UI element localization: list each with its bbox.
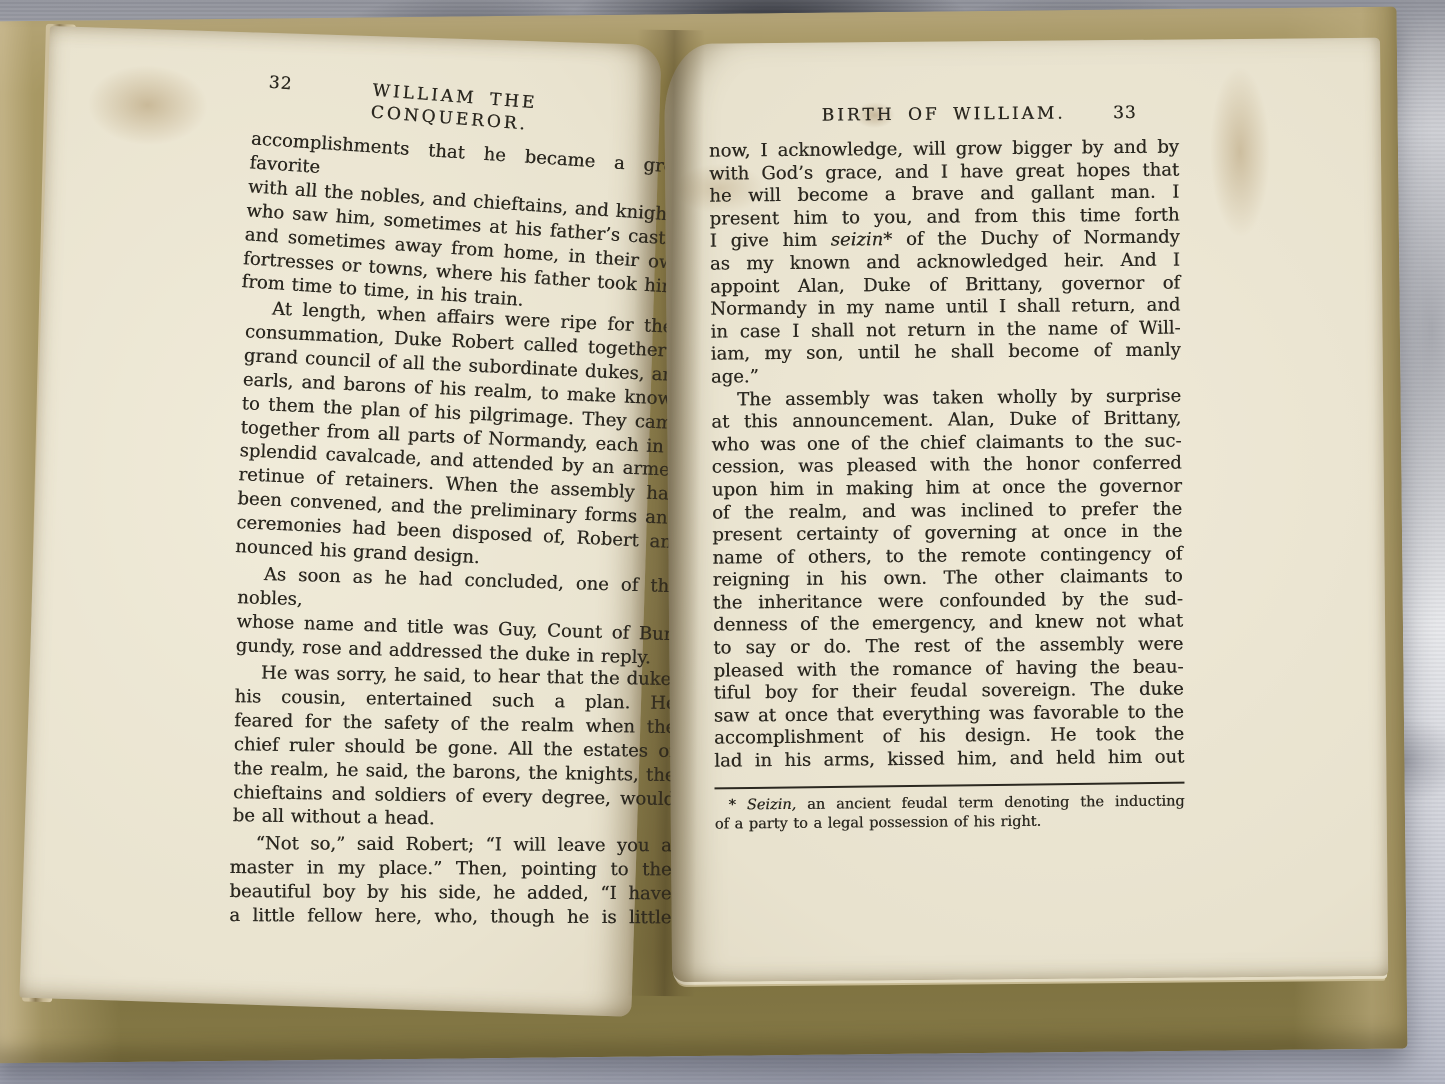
paragraph: At length, when affairs were ripe for th…	[235, 297, 688, 580]
left-page: 32 WILLIAM THE CONQUEROR. accomplishment…	[19, 26, 661, 1017]
right-header-title: BIRTH OF WILLIAM.	[822, 103, 1066, 125]
right-page-text: BIRTH OF WILLIAM. 33 now, I acknowledge,…	[709, 102, 1185, 836]
paragraph: As soon as he had concluded, one of the …	[235, 562, 680, 671]
paragraph: now, I acknowledge, will grow bigger by …	[709, 137, 1181, 390]
text-line: iam, my son, until he shall become of ma…	[711, 340, 1181, 367]
text-line: a little fellow here, who, though he is …	[229, 904, 671, 930]
page-stain	[1209, 67, 1270, 238]
page-stain	[86, 63, 208, 147]
text-line: of a party to a legal possession of his …	[715, 812, 1185, 836]
footnote-rule	[714, 781, 1184, 789]
left-header-title: WILLIAM THE CONQUEROR.	[370, 81, 538, 135]
paragraph: accomplishments that he became a great f…	[241, 127, 693, 323]
open-book-photo: 32 WILLIAM THE CONQUEROR. accomplishment…	[0, 0, 1445, 1084]
right-page: BIRTH OF WILLIAM. 33 now, I acknowledge,…	[664, 38, 1388, 982]
left-page-number: 32	[268, 72, 293, 96]
paragraph: The assembly was taken wholly by surpris…	[711, 385, 1184, 773]
right-page-body: now, I acknowledge, will grow bigger by …	[709, 137, 1185, 774]
left-page-text: 32 WILLIAM THE CONQUEROR. accomplishment…	[227, 70, 696, 941]
text-line: beautiful boy by his side, he added, “I …	[229, 880, 671, 906]
text-line: “Not so,” said Robert; “I will leave you…	[230, 832, 672, 858]
right-page-number: 33	[1113, 102, 1137, 124]
footnote: * Seizin, an ancient feudal term denotin…	[715, 792, 1185, 835]
text-line: master in my place.” Then, pointing to t…	[230, 856, 672, 882]
paragraph: * Seizin, an ancient feudal term denotin…	[715, 792, 1185, 835]
left-page-body: accomplishments that he became a great f…	[227, 127, 694, 941]
text-line: lad in his arms, kissed him, and held hi…	[714, 747, 1184, 774]
paragraph: “Not so,” said Robert; “I will leave you…	[229, 832, 671, 930]
gutter-shadow	[627, 30, 705, 997]
right-running-header: BIRTH OF WILLIAM. 33	[709, 102, 1179, 128]
photo-background: { "scene": { "description": "Antique ope…	[0, 0, 1445, 1084]
paragraph: He was sorry, he said, to hear that the …	[233, 661, 678, 835]
